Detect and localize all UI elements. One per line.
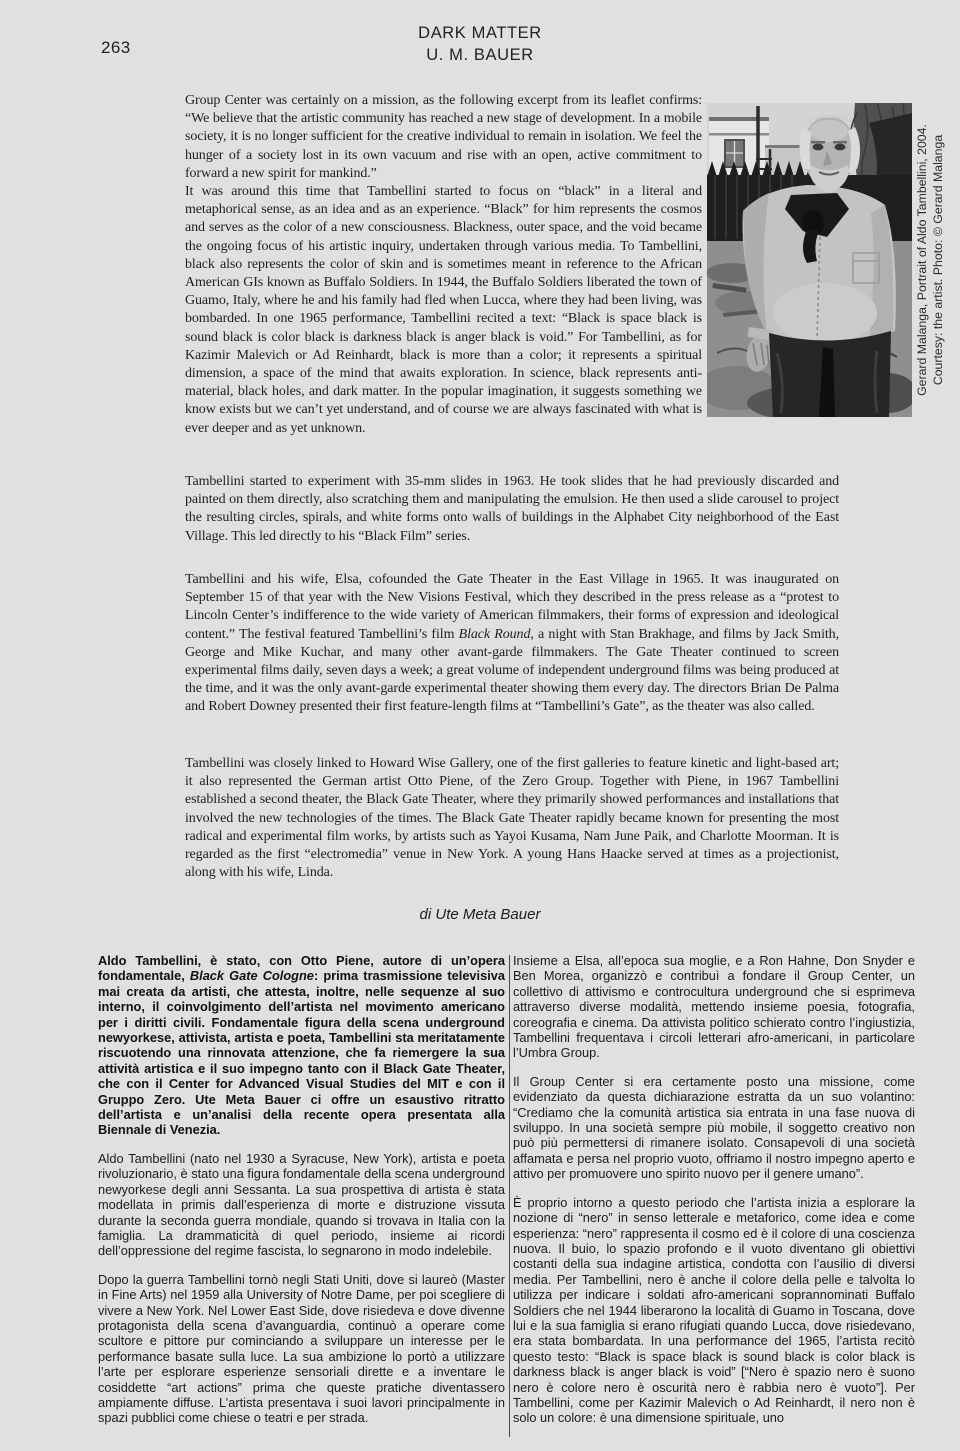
portrait-photo-illustration: [707, 103, 912, 417]
paragraph-missione: Il Group Center si era certamente posto …: [513, 1074, 915, 1182]
text-segment: : prima trasmissione televisiva mai crea…: [98, 968, 505, 1137]
page-title: DARK MATTER: [0, 24, 960, 43]
column-divider: [509, 955, 510, 1437]
paragraph-slides: Tambellini started to experiment with 35…: [185, 473, 839, 546]
work-title-italic: Black Gate Cologne: [190, 968, 314, 983]
caption-credit-line: Gerard Malanga, Portrait of Aldo Tambell…: [915, 103, 931, 417]
italian-left-column: Aldo Tambellini, è stato, con Otto Piene…: [98, 953, 505, 1451]
paragraph-gate-theater: Tambellini and his wife, Elsa, cofounded…: [185, 571, 839, 717]
caption-courtesy-line: Courtesy: the artist. Photo: © Gerard Ma…: [931, 103, 947, 417]
paragraph-intro-bold: Aldo Tambellini, è stato, con Otto Piene…: [98, 953, 505, 1138]
byline: di Ute Meta Bauer: [0, 906, 960, 923]
paragraph-biography: Aldo Tambellini (nato nel 1930 a Syracus…: [98, 1151, 505, 1259]
paragraph-group-center: Group Center was certainly on a mission,…: [185, 92, 702, 183]
paragraph-nero: È proprio intorno a questo periodo che l…: [513, 1195, 915, 1426]
portrait-photo: [707, 103, 912, 417]
paragraph-black-focus: It was around this time that Tambellini …: [185, 183, 702, 438]
italian-right-column: Insieme a Elsa, all’epoca sua moglie, e …: [513, 953, 915, 1451]
italian-section: Aldo Tambellini, è stato, con Otto Piene…: [98, 953, 916, 1451]
paragraph-howard-wise: Tambellini was closely linked to Howard …: [185, 755, 839, 882]
page-author: U. M. BAUER: [0, 46, 960, 65]
film-title-italic: Black Round: [459, 627, 531, 642]
english-intro-block: Group Center was certainly on a mission,…: [185, 92, 702, 438]
paragraph-postwar: Dopo la guerra Tambellini tornò negli St…: [98, 1272, 505, 1426]
photo-caption: Gerard Malanga, Portrait of Aldo Tambell…: [910, 103, 960, 417]
page-header: DARK MATTER U. M. BAUER: [0, 24, 960, 65]
paragraph-group-center-it: Insieme a Elsa, all’epoca sua moglie, e …: [513, 953, 915, 1061]
